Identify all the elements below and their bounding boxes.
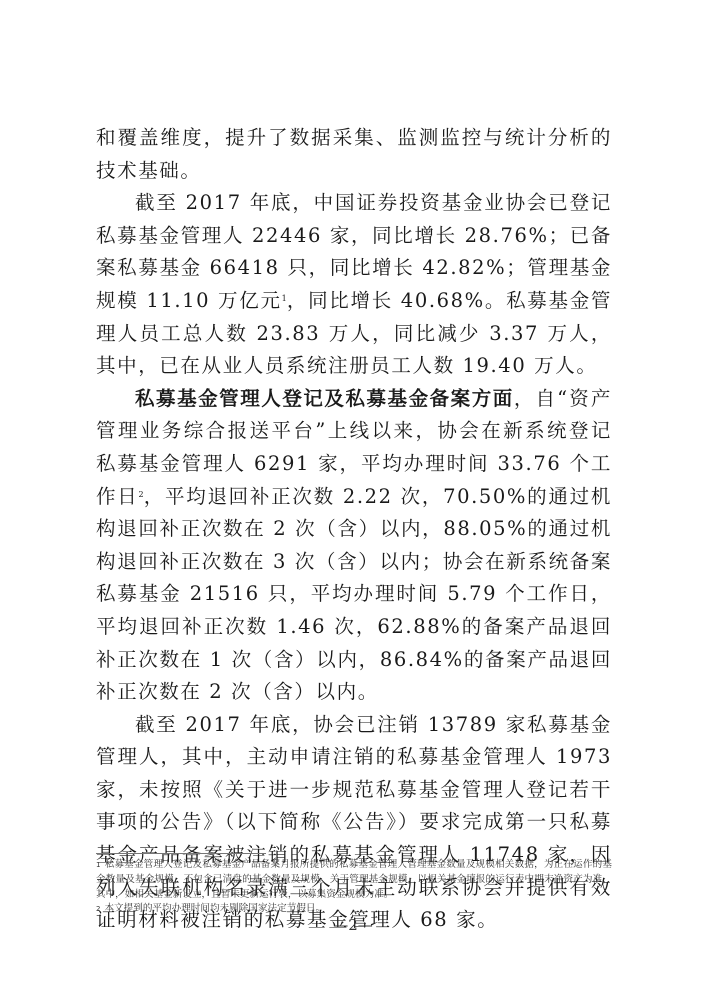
footnote-divider [96,853,266,854]
footnote-text: 本文提到的平均办理时间均未剔除国家法定节假日。 [104,903,325,914]
document-body: 和覆盖维度，提升了数据采集、监测监控与统计分析的技术基础。 截至 2017 年底… [96,122,612,937]
paragraph-continuation: 和覆盖维度，提升了数据采集、监测监控与统计分析的技术基础。 [96,122,612,187]
footnote-ref-2[interactable]: 2 [138,490,143,499]
paragraph-text: ，平均退回补正次数 2.22 次，70.50%的通过机构退回补正次数在 2 次（… [96,485,612,704]
footnote-1: 1私募基金管理人登记及私募基金产品备案月报所提供的私募基金管理人管理基金数量及规… [96,858,612,902]
footnotes: 1私募基金管理人登记及私募基金产品备案月报所提供的私募基金管理人管理基金数量及规… [96,858,612,917]
footnote-2: 2本文提到的平均办理时间均未剔除国家法定节假日。 [96,902,612,917]
page-number: —2— [0,916,706,934]
paragraph-filing-aspects: 私募基金管理人登记及私募基金备案方面，自“资产管理业务综合报送平台”上线以来，协… [96,383,612,709]
paragraph-registration-stats: 截至 2017 年底，中国证券投资基金业协会已登记私募基金管理人 22446 家… [96,187,612,383]
footnote-mark: 2 [96,905,100,913]
footnote-mark: 1 [96,861,100,869]
paragraph-bold-lead: 私募基金管理人登记及私募基金备案方面 [135,387,514,410]
footnote-ref-1[interactable]: 1 [282,294,287,303]
footnote-text: 私募基金管理人登记及私募基金产品备案月报所提供的私募基金管理人管理基金数量及规模… [96,859,612,900]
